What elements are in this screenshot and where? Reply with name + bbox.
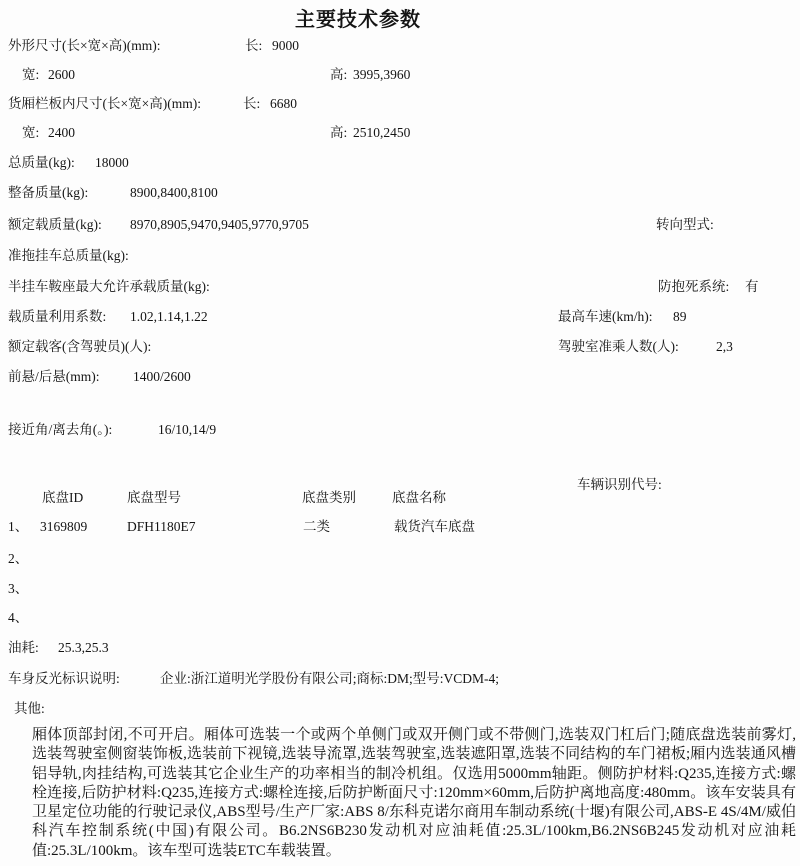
abs-value: 有 <box>745 279 759 295</box>
overall-dims-label: 外形尺寸(长×宽×高)(mm): <box>8 38 160 54</box>
chassis-row-category: 二类 <box>303 519 330 535</box>
rated-load-value: 8970,8905,9470,9405,9770,9705 <box>130 217 309 233</box>
load-factor-value: 1.02,1.14,1.22 <box>130 309 208 325</box>
overhang-value: 1400/2600 <box>133 369 191 385</box>
cab-passengers-value: 2,3 <box>716 339 733 355</box>
abs-label: 防抱死系统: <box>658 279 729 295</box>
angles-label: 接近角/离去角(。): <box>8 422 112 438</box>
rated-passengers-label: 额定载客(含驾驶员)(人): <box>8 339 151 355</box>
gross-mass-label: 总质量(kg): <box>8 155 75 171</box>
chassis-header-model: 底盘型号 <box>127 490 181 506</box>
cargo-length-label: 长: <box>243 96 260 112</box>
chassis-row-index: 3、 <box>8 581 28 597</box>
max-speed-label: 最高车速(km/h): <box>558 309 653 325</box>
overhang-label: 前悬/后悬(mm): <box>8 369 100 385</box>
chassis-row-index: 4、 <box>8 610 28 626</box>
gross-mass-value: 18000 <box>95 155 129 171</box>
cargo-height-label: 高: <box>330 125 347 141</box>
fuel-label: 油耗: <box>8 640 39 656</box>
overall-length-value: 9000 <box>272 38 299 54</box>
saddle-mass-label: 半挂车鞍座最大允许承载质量(kg): <box>8 279 210 295</box>
cab-passengers-label: 驾驶室准乘人数(人): <box>558 339 679 355</box>
page-title: 主要技术参数 <box>0 3 716 32</box>
chassis-header-category: 底盘类别 <box>302 490 356 506</box>
other-notes-paragraph: 厢体顶部封闭,不可开启。厢体可选装一个或两个单侧门或双开侧门或不带侧门,选装双门… <box>32 726 796 861</box>
angles-value: 16/10,14/9 <box>158 422 216 438</box>
cargo-length-value: 6680 <box>270 96 297 112</box>
cargo-width-label: 宽: <box>22 125 39 141</box>
reflective-value: 企业:浙江道明光学股份有限公司;商标:DM;型号:VCDM-4; <box>160 671 499 687</box>
other-label: 其他: <box>14 701 45 717</box>
cargo-width-value: 2400 <box>48 125 75 141</box>
chassis-row-index: 2、 <box>8 551 28 567</box>
overall-length-label: 长: <box>245 38 262 54</box>
overall-width-value: 2600 <box>48 67 75 83</box>
load-factor-label: 载质量利用系数: <box>8 309 106 325</box>
fuel-value: 25.3,25.3 <box>58 640 109 656</box>
chassis-row-id: 3169809 <box>40 519 87 535</box>
overall-height-label: 高: <box>330 67 347 83</box>
overall-height-value: 3995,3960 <box>353 67 410 83</box>
chassis-row-name: 载货汽车底盘 <box>394 519 475 535</box>
max-speed-value: 89 <box>673 309 687 325</box>
curb-mass-label: 整备质量(kg): <box>8 185 88 201</box>
steering-type-label: 转向型式: <box>656 217 714 233</box>
overall-width-label: 宽: <box>22 67 39 83</box>
chassis-header-id: 底盘ID <box>42 490 83 506</box>
trailer-mass-label: 准拖挂车总质量(kg): <box>8 248 129 264</box>
chassis-header-name: 底盘名称 <box>392 490 446 506</box>
curb-mass-value: 8900,8400,8100 <box>130 185 218 201</box>
cargo-height-value: 2510,2450 <box>353 125 410 141</box>
chassis-row-model: DFH1180E7 <box>127 519 196 535</box>
rated-load-label: 额定载质量(kg): <box>8 217 102 233</box>
chassis-row-index: 1、 <box>8 519 28 535</box>
cargo-dims-label: 货厢栏板内尺寸(长×宽×高)(mm): <box>8 96 201 112</box>
vin-label: 车辆识别代号: <box>577 477 662 493</box>
reflective-label: 车身反光标识说明: <box>8 671 120 687</box>
spec-document-page: 主要技术参数 外形尺寸(长×宽×高)(mm): 长: 9000 宽: 2600 … <box>0 0 800 866</box>
